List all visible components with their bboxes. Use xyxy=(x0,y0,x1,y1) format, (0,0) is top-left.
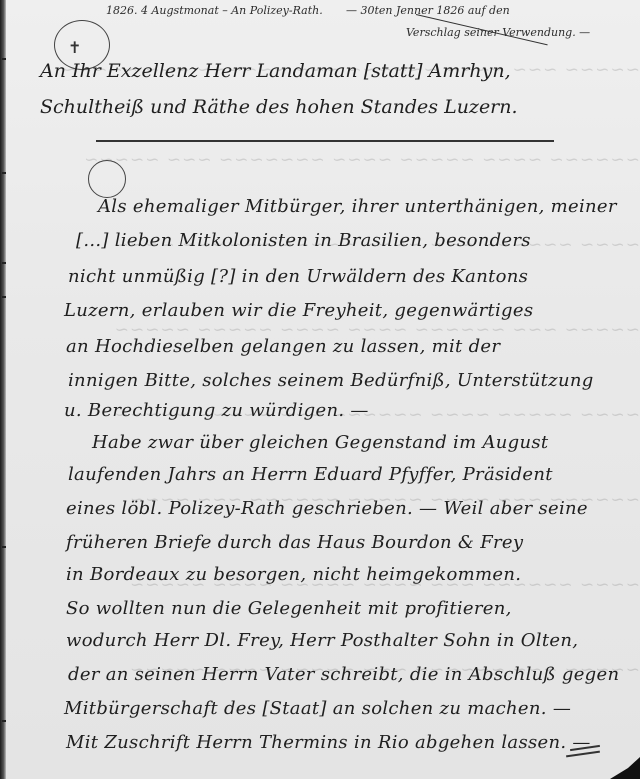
body-line: So wollten nun die Gelegenheit mit profi… xyxy=(66,598,512,619)
body-line: laufenden Jahrs an Herrn Eduard Pfyffer,… xyxy=(68,464,553,485)
address-underline xyxy=(96,140,554,142)
body-line: eines löbl. Polizey-Rath geschrieben. — … xyxy=(66,498,588,519)
body-line: [...] lieben Mitkolonisten in Brasilien,… xyxy=(76,230,531,251)
body-line: an Hochdieselben gelangen zu lassen, mit… xyxy=(66,336,500,357)
decorative-initial xyxy=(88,160,126,198)
body-line: Habe zwar über gleichen Gegenstand im Au… xyxy=(92,432,548,453)
address-line-2: Schultheiß und Räthe des hohen Standes L… xyxy=(40,96,518,118)
body-line: früheren Briefe durch das Haus Bourdon &… xyxy=(66,532,523,553)
archival-note-right-line1: — 30ten Jenner 1826 auf den xyxy=(346,4,510,17)
torn-corner xyxy=(610,757,640,779)
body-line: Als ehemaliger Mitbürger, ihrer unterthä… xyxy=(98,196,617,217)
address-line-1: An Ihr Exzellenz Herr Landaman [statt] A… xyxy=(40,60,511,82)
body-line: u. Berechtigung zu würdigen. — xyxy=(64,400,369,421)
body-line: wodurch Herr Dl. Frey, Herr Posthalter S… xyxy=(66,630,578,651)
body-line: in Bordeaux zu besorgen, nicht heimgekom… xyxy=(66,564,521,585)
body-line: nicht unmüßig [?] in den Urwäldern des K… xyxy=(68,266,528,287)
cross-icon: ✝ xyxy=(68,38,81,57)
body-line: Mitbürgerschaft des [Staat] an solchen z… xyxy=(64,698,571,719)
archival-note-left: 1826. 4 Augstmonat – An Polizey-Rath. xyxy=(106,4,323,17)
body-line: der an seinen Herrn Vater schreibt, die … xyxy=(68,664,619,685)
letter-page: ~~~~~ ~~~ ~~~~ ~~~~~~ ~~~ ~~~~~~ ~~~ ~~~… xyxy=(6,0,640,779)
body-line: Mit Zuschrift Herrn Thermins in Rio abge… xyxy=(66,732,591,753)
body-line: Luzern, erlauben wir die Freyheit, gegen… xyxy=(64,300,533,321)
body-line: innigen Bitte, solches seinem Bedürfniß,… xyxy=(68,370,594,391)
